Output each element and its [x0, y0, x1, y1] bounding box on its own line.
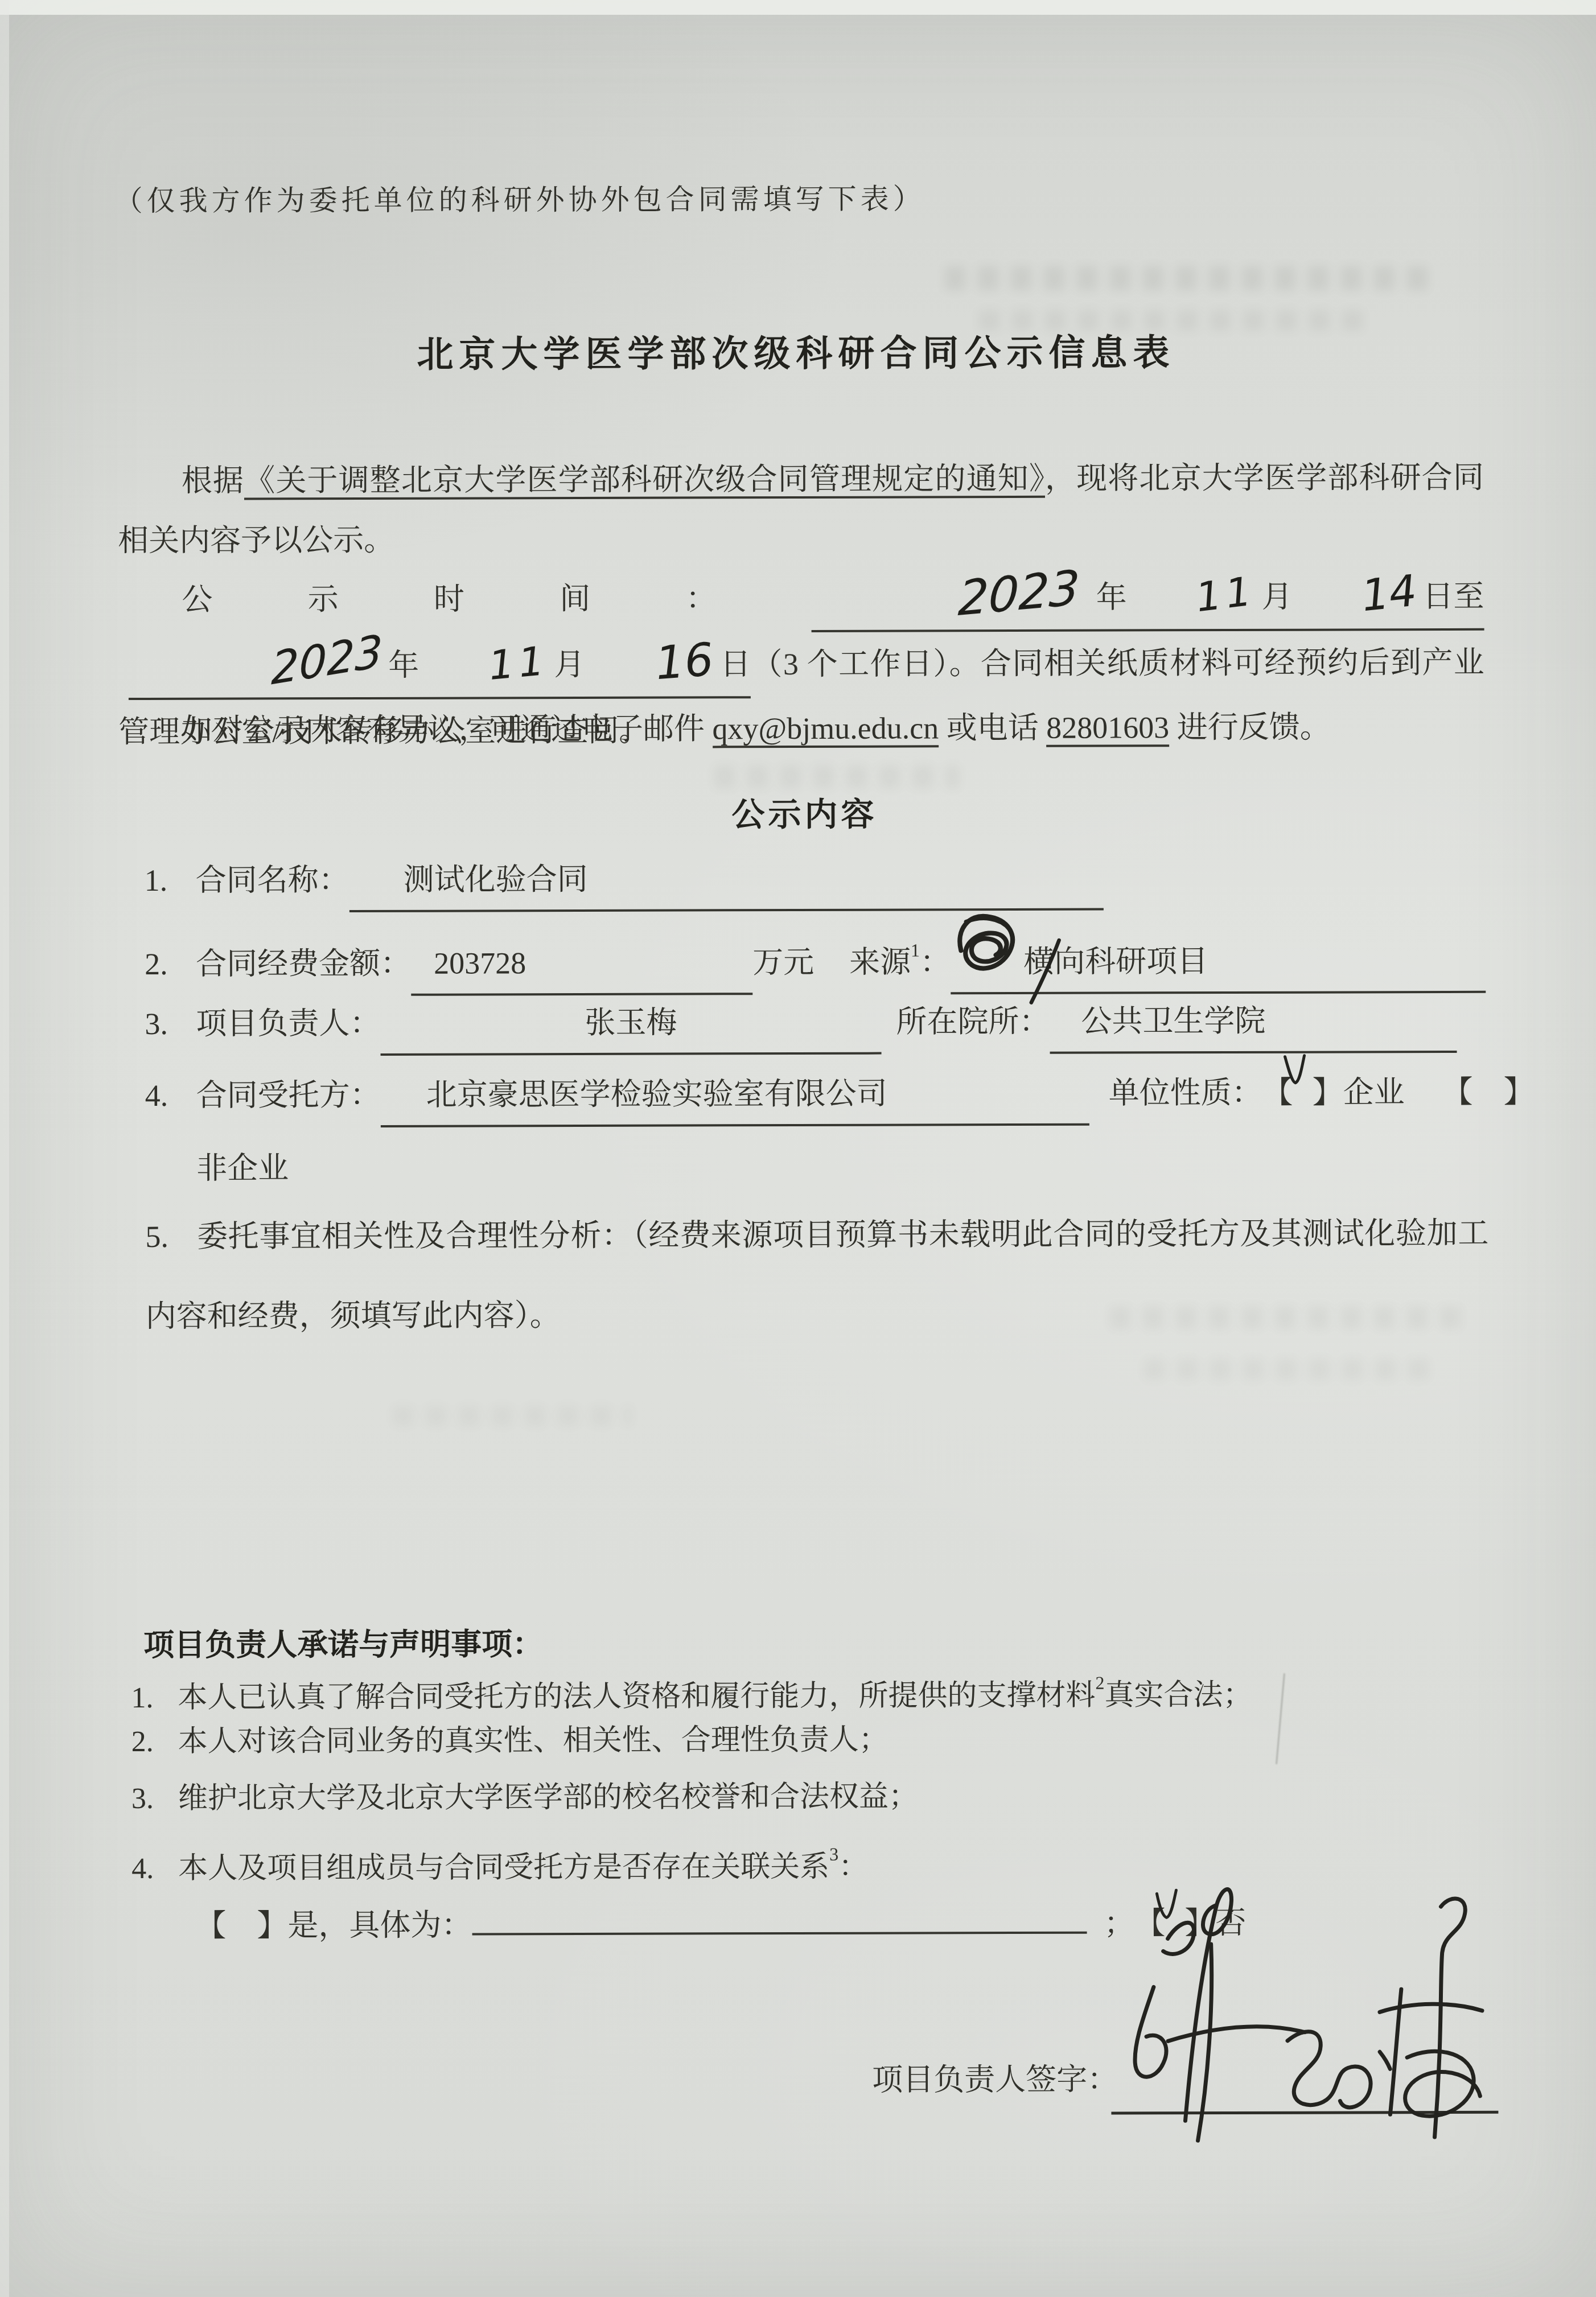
institute-value: 公共卫生学院: [1081, 1004, 1265, 1039]
feedback-mid: 或电话: [939, 711, 1046, 745]
decl-text: 维护北京大学及北京大学医学部的校名校誉和合法权益；: [178, 1780, 918, 1814]
source-blank: 横向科研项目: [951, 931, 1486, 994]
amount-blank: 203728: [411, 933, 752, 996]
checkbox-yes: 【 】: [195, 1908, 287, 1942]
decl-number: 4.: [131, 1841, 178, 1897]
contract-name-label: 合同名称：: [196, 863, 349, 898]
scribble-icon: [947, 906, 1027, 979]
item-number: 4.: [145, 1066, 196, 1126]
source-colon: ：: [920, 945, 951, 979]
item-number: 5.: [145, 1197, 196, 1277]
feedback-paragraph: 如对公示内容有异议，可通过电子邮件 qxy@bjmu.edu.cn 或电话 82…: [118, 697, 1484, 760]
item-analysis: 5.委托事宜相关性及合理性分析：（经费来源项目预算书未载明此合同的受托方及其测试…: [145, 1193, 1489, 1356]
handwritten-start-year: 2023: [894, 563, 1081, 628]
leader-value: 张玉梅: [585, 1006, 677, 1040]
item-contractor-wrap: 非企业: [145, 1135, 1488, 1199]
contract-name-blank: 测试化验合同: [349, 849, 1104, 912]
relationship-choice-line: 【 】是，具体为：；【】 否: [195, 1899, 1246, 1945]
item-number: 2.: [145, 935, 196, 994]
decl-text: ：: [838, 1851, 868, 1883]
publicity-period-label: 公示时间：: [182, 581, 812, 617]
year-unit-2: 年: [388, 648, 419, 682]
notice-document-title: 《关于调整北京大学医学部科研次级合同管理规定的通知》: [244, 462, 1045, 500]
decl-text: 本人已认真了解合同受托方的法人资格和履行能力，所提供的支撑材料: [178, 1679, 1095, 1714]
entity-nature-label: 单位性质：: [1109, 1076, 1262, 1110]
decl-number: 3.: [131, 1771, 178, 1827]
feedback-pre: 如对公示内容有异议，可通过电子邮件: [182, 711, 713, 747]
institute-blank: 公共卫生学院: [1050, 991, 1457, 1054]
declaration-item-2: 2.本人对该合同业务的真实性、相关性、合理性负责人；: [131, 1710, 1509, 1771]
source-label: 来源: [849, 945, 911, 979]
checkmark-icon: [1282, 1048, 1307, 1093]
intro-paragraph: 根据《关于调整北京大学医学部科研次级合同管理规定的通知》，现将北京大学医学部科研…: [118, 448, 1484, 571]
item-project-leader: 3.项目负责人：张玉梅所在院所：公共卫生学院: [145, 991, 1488, 1056]
yes-detail-blank: [472, 1932, 1087, 1936]
contractor-blank: 北京豪思医学检验实验室有限公司: [381, 1064, 1089, 1127]
item-number: 1.: [145, 851, 196, 911]
page-title: 北京大学医学部次级科研合同公示信息表: [0, 323, 1594, 384]
handwritten-end-day: 16: [590, 637, 715, 691]
handwritten-end-month: 11: [423, 641, 550, 691]
source-footnote-sup: 1: [911, 940, 920, 960]
decl-text: 真实合法；: [1104, 1679, 1252, 1712]
amount-unit: 万元: [752, 945, 814, 979]
date-range-start-blank: 2023年11月14日至: [812, 565, 1484, 632]
leader-blank: 张玉梅: [380, 993, 881, 1056]
item-number: 3.: [145, 994, 196, 1054]
feedback-post: 进行反馈。: [1169, 710, 1331, 745]
contractor-value: 北京豪思医学检验实验室有限公司: [426, 1077, 887, 1112]
document-content: （仅我方作为委托单位的科研外协外包合同需填写下表） 北京大学医学部次级科研合同公…: [0, 0, 1596, 2297]
option-enterprise: 企业: [1343, 1075, 1405, 1109]
section-title: 公示内容: [0, 784, 1596, 845]
institute-label: 所在院所：: [896, 1005, 1050, 1039]
decl-text: 本人及项目组成员与合同受托方是否存在关联关系: [178, 1851, 829, 1885]
decl-footnote-sup: 3: [829, 1844, 838, 1864]
handwritten-start-day: 14: [1296, 569, 1419, 624]
checkbox-non-enterprise: 【 】: [1442, 1075, 1535, 1109]
bracket-close: 】: [1313, 1075, 1343, 1109]
handwritten-start-month: 11: [1130, 571, 1258, 625]
option-non-enterprise: 非企业: [196, 1151, 289, 1185]
leader-label: 项目负责人：: [196, 1006, 380, 1041]
handwritten-end-year: 2023: [208, 629, 383, 702]
item-contract-amount: 2.合同经费金额：203728万元来源1： 横向科研项目: [145, 919, 1488, 997]
contractor-label: 合同受托方：: [196, 1078, 381, 1113]
signature-scrawl: [1093, 1853, 1504, 2150]
day-unit: 日: [720, 647, 751, 681]
feedback-phone: 82801603: [1046, 710, 1169, 747]
amount-label: 合同经费金额：: [196, 946, 411, 981]
item-contractor: 4.合同受托方：北京豪思医学检验实验室有限公司单位性质：【】 企业【 】: [145, 1063, 1488, 1128]
intro-pre: 根据: [182, 464, 244, 498]
signature-label: 项目负责人签字：: [872, 2055, 1118, 2100]
date-range-end-blank: 2023年11月16日: [129, 632, 751, 700]
scanned-form-page: （仅我方作为委托单位的科研外协外包合同需填写下表） 北京大学医学部次级科研合同公…: [0, 0, 1596, 2297]
contract-name-value: 测试化验合同: [404, 862, 588, 897]
checkbox-enterprise: 【】: [1262, 1063, 1343, 1122]
decl-footnote-sup: 2: [1095, 1673, 1104, 1693]
top-note: （仅我方作为委托单位的科研外协外包合同需填写下表）: [114, 170, 925, 229]
year-unit: 年: [1096, 580, 1127, 614]
day-to-label: 日至: [1422, 579, 1484, 614]
yes-label: 是，具体为：: [287, 1908, 472, 1943]
month-unit: 月: [1262, 580, 1293, 614]
amount-value: 203728: [434, 946, 526, 980]
analysis-text: 委托事宜相关性及合理性分析：（经费来源项目预算书未载明此合同的受托方及其测试化验…: [146, 1216, 1489, 1333]
ink-scribble: [951, 941, 1023, 975]
declaration-item-3: 3.维护北京大学及北京大学医学部的校名校誉和合法权益；: [131, 1767, 1509, 1827]
month-unit-2: 月: [554, 648, 585, 682]
decl-number: 2.: [131, 1714, 178, 1771]
feedback-email: qxy@bjmu.edu.cn: [712, 711, 939, 748]
decl-text: 本人对该合同业务的真实性、相关性、合理性负责人；: [178, 1724, 889, 1758]
item-contract-name: 1.合同名称：测试化验合同: [145, 847, 1488, 913]
